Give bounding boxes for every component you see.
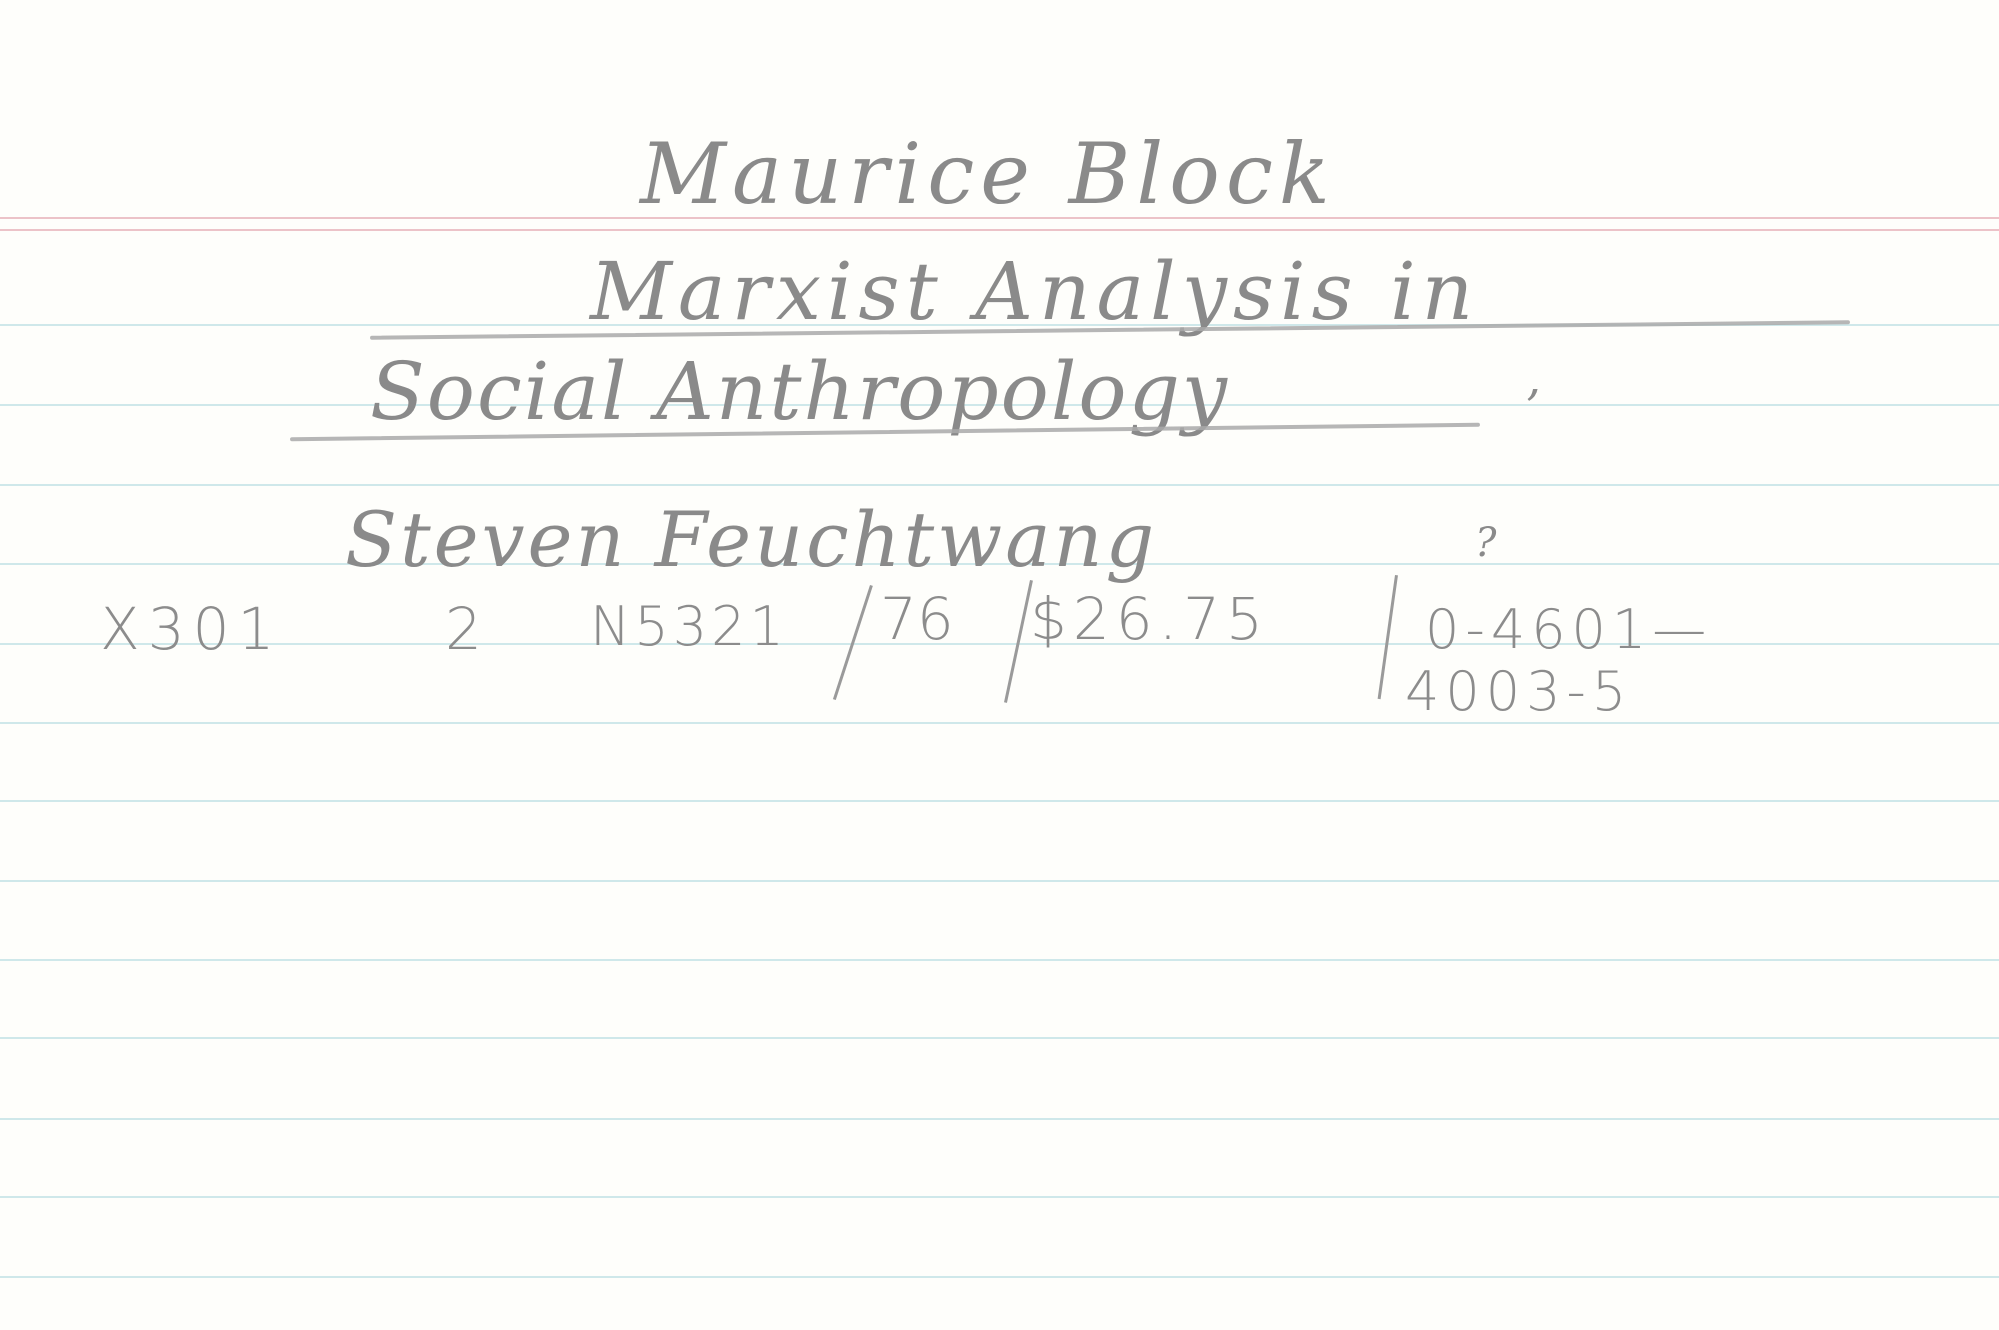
red-rule-bottom xyxy=(0,229,1999,231)
order-year: 76 xyxy=(880,585,954,653)
blue-rule xyxy=(0,1276,1999,1278)
blue-rule xyxy=(0,722,1999,724)
catalog-number-line1: 0-4601— xyxy=(1425,598,1712,661)
book-title-line2: Social Anthropology xyxy=(370,345,1229,438)
order-quantity: 2 xyxy=(445,595,482,663)
title-mark: ’ xyxy=(1525,380,1540,436)
requester-name: Steven Feuchtwang xyxy=(345,495,1157,584)
blue-rule xyxy=(0,484,1999,486)
blue-rule xyxy=(0,880,1999,882)
book-title-line1: Marxist Analysis in xyxy=(590,245,1479,338)
index-card: Maurice Block Marxist Analysis in Social… xyxy=(0,0,1999,1330)
order-code: X301 xyxy=(100,595,282,663)
separator-slash xyxy=(1378,575,1398,699)
blue-rule xyxy=(0,1118,1999,1120)
blue-rule xyxy=(0,800,1999,802)
catalog-number-line2: 4003-5 xyxy=(1405,660,1632,723)
order-price: $26.75 xyxy=(1030,585,1269,653)
blue-rule xyxy=(0,959,1999,961)
blue-rule xyxy=(0,1037,1999,1039)
blue-rule xyxy=(0,1196,1999,1198)
requester-mark: ? xyxy=(1475,520,1496,566)
order-isbn: N5321 xyxy=(590,595,788,658)
separator-slash xyxy=(1004,580,1033,703)
author-name: Maurice Block xyxy=(640,125,1336,223)
